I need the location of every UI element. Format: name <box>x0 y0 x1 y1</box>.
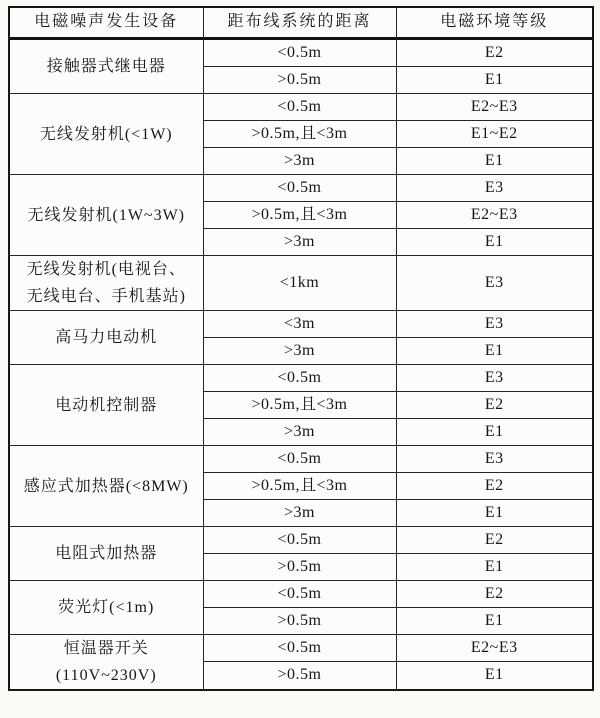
device-name-line2: (110V~230V) <box>12 662 201 689</box>
table-row: 接触器式继电器 <0.5m E2 <box>9 39 593 67</box>
env-class-cell: E1 <box>396 338 593 365</box>
env-class-cell: E1 <box>396 662 593 690</box>
table-row: 无线发射机(电视台、 无线电台、手机基站) <1km E3 <box>9 256 593 311</box>
env-class-cell: E3 <box>396 175 593 202</box>
table-row: 电动机控制器 <0.5m E3 <box>9 365 593 392</box>
table-row: 恒温器开关 (110V~230V) <0.5m E2~E3 <box>9 635 593 662</box>
device-cell: 荧光灯(<1m) <box>9 581 203 635</box>
table-row: 感应式加热器(<8MW) <0.5m E3 <box>9 446 593 473</box>
env-class-cell: E1 <box>396 419 593 446</box>
device-cell: 无线发射机(<1W) <box>9 94 203 175</box>
distance-cell: >0.5m <box>203 662 396 690</box>
distance-cell: >0.5m <box>203 608 396 635</box>
distance-cell: <0.5m <box>203 635 396 662</box>
device-name: 感应式加热器(<8MW) <box>12 473 201 500</box>
env-class-cell: E2~E3 <box>396 94 593 121</box>
distance-cell: >3m <box>203 148 396 175</box>
device-cell: 电动机控制器 <box>9 365 203 446</box>
env-class-cell: E1 <box>396 67 593 94</box>
device-cell: 接触器式继电器 <box>9 39 203 94</box>
distance-cell: >3m <box>203 419 396 446</box>
env-class-cell: E2~E3 <box>396 635 593 662</box>
header-row: 电磁噪声发生设备 距布线系统的距离 电磁环境等级 <box>9 7 593 39</box>
device-cell: 无线发射机(电视台、 无线电台、手机基站) <box>9 256 203 311</box>
emc-environment-table: 电磁噪声发生设备 距布线系统的距离 电磁环境等级 接触器式继电器 <0.5m E… <box>8 6 594 691</box>
distance-cell: >0.5m,且<3m <box>203 121 396 148</box>
env-class-cell: E3 <box>396 446 593 473</box>
device-name-line1: 恒温器开关 <box>12 635 201 662</box>
document-page: 电磁噪声发生设备 距布线系统的距离 电磁环境等级 接触器式继电器 <0.5m E… <box>0 0 600 718</box>
env-class-cell: E3 <box>396 365 593 392</box>
distance-cell: >3m <box>203 229 396 256</box>
env-class-cell: E3 <box>396 311 593 338</box>
device-cell: 恒温器开关 (110V~230V) <box>9 635 203 691</box>
distance-cell: <0.5m <box>203 527 396 554</box>
env-class-cell: E1 <box>396 608 593 635</box>
col-header-device: 电磁噪声发生设备 <box>9 7 203 39</box>
distance-cell: <0.5m <box>203 94 396 121</box>
env-class-cell: E2 <box>396 581 593 608</box>
device-cell: 感应式加热器(<8MW) <box>9 446 203 527</box>
distance-cell: <0.5m <box>203 39 396 67</box>
env-class-cell: E3 <box>396 256 593 311</box>
table-row: 电阻式加热器 <0.5m E2 <box>9 527 593 554</box>
col-header-distance: 距布线系统的距离 <box>203 7 396 39</box>
device-name: 电动机控制器 <box>12 392 201 419</box>
device-cell: 电阻式加热器 <box>9 527 203 581</box>
device-name-line2: 无线电台、手机基站) <box>12 283 201 310</box>
distance-cell: <0.5m <box>203 175 396 202</box>
env-class-cell: E1 <box>396 554 593 581</box>
distance-cell: <0.5m <box>203 446 396 473</box>
env-class-cell: E1~E2 <box>396 121 593 148</box>
distance-cell: >0.5m <box>203 67 396 94</box>
table-row: 荧光灯(<1m) <0.5m E2 <box>9 581 593 608</box>
device-name: 接触器式继电器 <box>12 53 201 80</box>
env-class-cell: E2 <box>396 527 593 554</box>
device-name: 荧光灯(<1m) <box>12 594 201 621</box>
env-class-cell: E2~E3 <box>396 202 593 229</box>
device-name-line1: 无线发射机(电视台、 <box>12 256 201 283</box>
distance-cell: >0.5m <box>203 554 396 581</box>
env-class-cell: E1 <box>396 229 593 256</box>
table-row: 无线发射机(1W~3W) <0.5m E3 <box>9 175 593 202</box>
distance-cell: <1km <box>203 256 396 311</box>
device-name: 无线发射机(<1W) <box>12 121 201 148</box>
distance-cell: >3m <box>203 500 396 527</box>
device-cell: 高马力电动机 <box>9 311 203 365</box>
env-class-cell: E1 <box>396 500 593 527</box>
distance-cell: <0.5m <box>203 581 396 608</box>
device-name: 无线发射机(1W~3W) <box>12 202 201 229</box>
distance-cell: >0.5m,且<3m <box>203 392 396 419</box>
env-class-cell: E1 <box>396 148 593 175</box>
env-class-cell: E2 <box>396 473 593 500</box>
device-name: 高马力电动机 <box>12 324 201 351</box>
env-class-cell: E2 <box>396 39 593 67</box>
table-row: 无线发射机(<1W) <0.5m E2~E3 <box>9 94 593 121</box>
distance-cell: >3m <box>203 338 396 365</box>
distance-cell: >0.5m,且<3m <box>203 473 396 500</box>
distance-cell: <3m <box>203 311 396 338</box>
env-class-cell: E2 <box>396 392 593 419</box>
table-row: 高马力电动机 <3m E3 <box>9 311 593 338</box>
device-name: 电阻式加热器 <box>12 540 201 567</box>
col-header-env-class: 电磁环境等级 <box>396 7 593 39</box>
device-cell: 无线发射机(1W~3W) <box>9 175 203 256</box>
distance-cell: <0.5m <box>203 365 396 392</box>
distance-cell: >0.5m,且<3m <box>203 202 396 229</box>
